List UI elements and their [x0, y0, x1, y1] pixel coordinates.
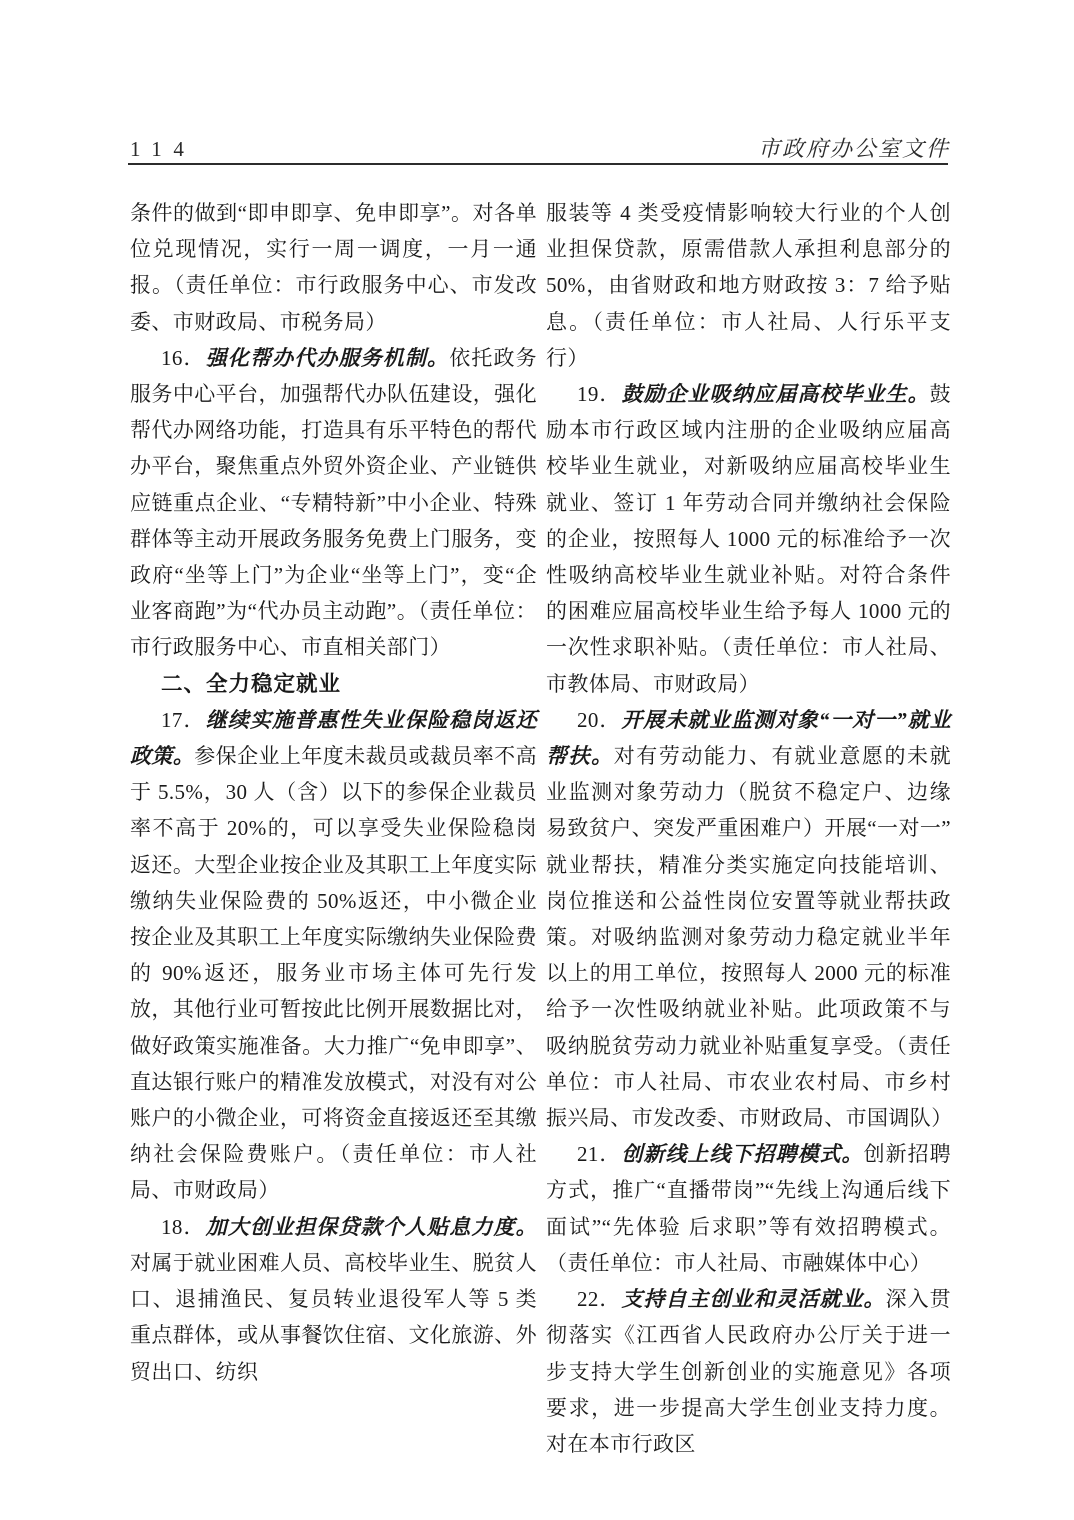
item-number: 20． [577, 708, 621, 732]
item-lead: 鼓励企业吸纳应届高校毕业生。 [621, 382, 929, 406]
item-lead: 强化帮办代办服务机制。 [206, 346, 450, 370]
document-page: 114 市政府办公室文件 条件的做到“即申即享、免申即享”。对各单位兑现情况，实… [0, 0, 1074, 1520]
section-heading: 二、全力稳定就业 [130, 666, 537, 702]
right-column: 服装等 4 类受疫情影响较大行业的个人创业担保贷款，原需借款人承担利息部分的 5… [546, 195, 951, 1462]
item-number: 22． [577, 1287, 621, 1311]
item-number: 18． [161, 1215, 206, 1239]
left-column: 条件的做到“即申即享、免申即享”。对各单位兑现情况，实行一周一调度，一月一通报。… [130, 195, 537, 1390]
paragraph: 服装等 4 类受疫情影响较大行业的个人创业担保贷款，原需借款人承担利息部分的 5… [546, 195, 951, 376]
item-number: 21． [577, 1142, 621, 1166]
paragraph: 21．创新线上线下招聘模式。创新招聘方式，推广“直播带岗”“先线上沟通后线下面试… [546, 1136, 951, 1281]
paragraph: 16．强化帮办代办服务机制。依托政务服务中心平台，加强帮代办队伍建设，强化帮代办… [130, 340, 537, 666]
paragraph: 20．开展未就业监测对象“一对一”就业帮扶。对有劳动能力、有就业意愿的未就业监测… [546, 702, 951, 1136]
header-rule [128, 163, 948, 165]
item-number: 19． [577, 382, 621, 406]
item-lead: 创新线上线下招聘模式。 [621, 1142, 863, 1166]
paragraph: 18．加大创业担保贷款个人贴息力度。对属于就业困难人员、高校毕业生、脱贫人口、退… [130, 1209, 537, 1390]
page-header: 114 市政府办公室文件 [130, 132, 950, 163]
item-number: 17． [161, 708, 206, 732]
paragraph: 17．继续实施普惠性失业保险稳岗返还政策。参保企业上年度未裁员或裁员率不高于 5… [130, 702, 537, 1209]
paragraph: 22．支持自主创业和灵活就业。深入贯彻落实《江西省人民政府办公厅关于进一步支持大… [546, 1281, 951, 1462]
item-lead: 支持自主创业和灵活就业。 [621, 1287, 885, 1311]
paragraph: 条件的做到“即申即享、免申即享”。对各单位兑现情况，实行一周一调度，一月一通报。… [130, 195, 537, 340]
item-lead: 加大创业担保贷款个人贴息力度。 [206, 1215, 537, 1239]
header-doc-label: 市政府办公室文件 [758, 132, 950, 163]
item-number: 16． [161, 346, 206, 370]
page-number: 114 [130, 137, 195, 162]
paragraph: 19．鼓励企业吸纳应届高校毕业生。鼓励本市行政区域内注册的企业吸纳应届高校毕业生… [546, 376, 951, 702]
